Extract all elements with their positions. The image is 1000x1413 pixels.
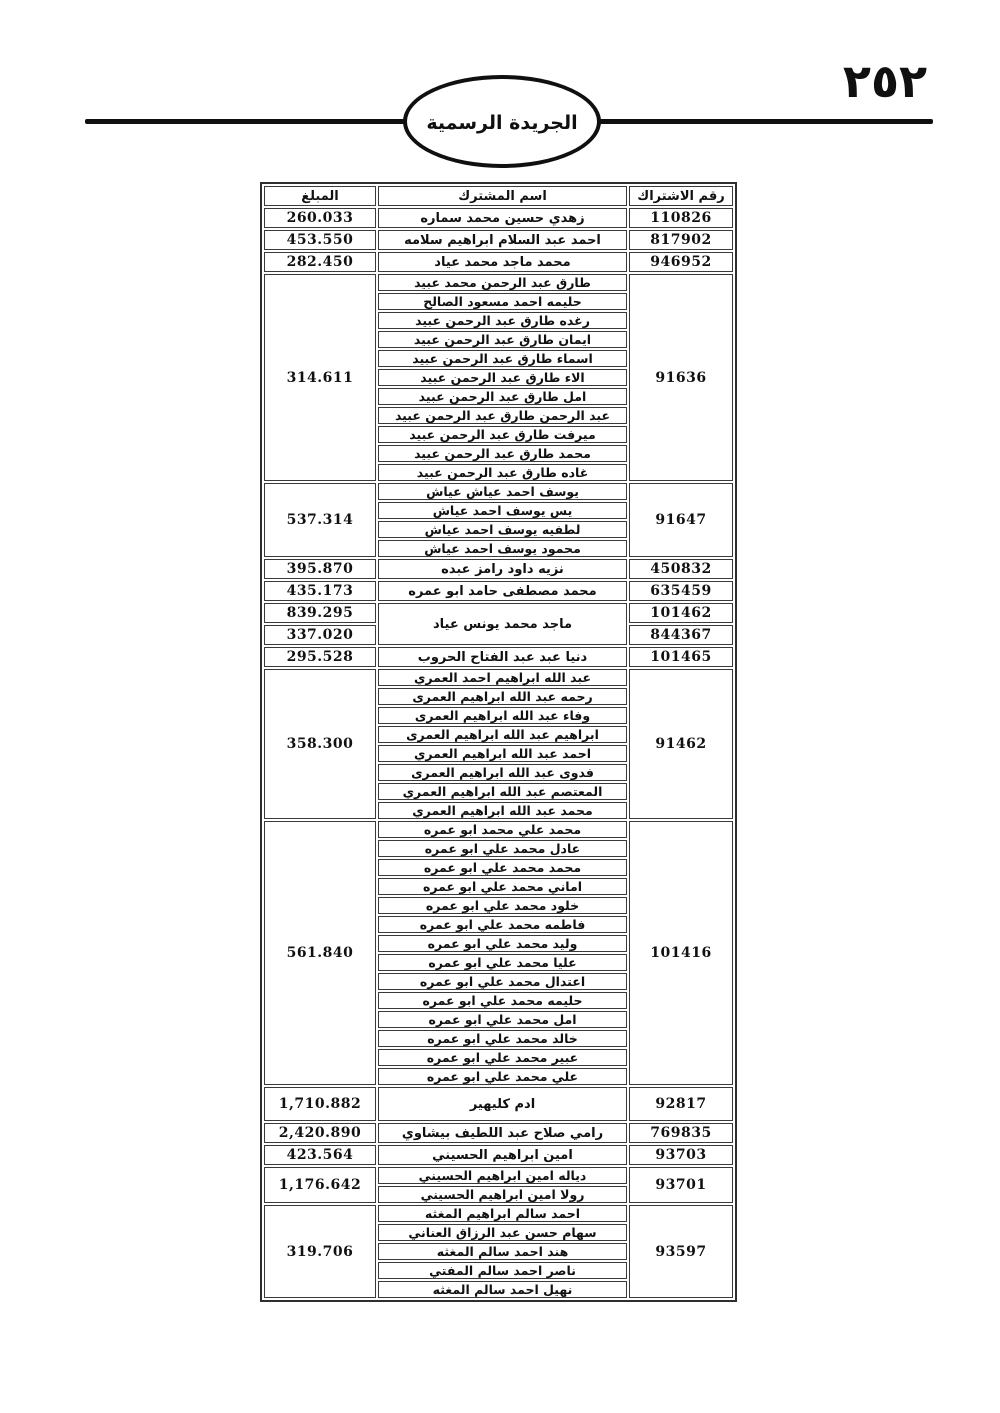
subscriber-name-cell: محمد محمد علي ابو عمره (378, 859, 627, 876)
subscriber-name-cell: لطفيه يوسف احمد عياش (378, 521, 627, 538)
subscriber-name-cell: غاده طارق عبد الرحمن عبيد (378, 464, 627, 481)
amount-cell: 358.300 (264, 669, 376, 819)
table-row: 817902احمد عبد السلام ابراهيم سلامه453.5… (264, 230, 733, 250)
header-subscriber-name: اسم المشترك (378, 186, 627, 206)
table-row: 92817ادم كليهير1,710.882 (264, 1087, 733, 1121)
subscription-number-cell: 93597 (629, 1205, 733, 1298)
subscriber-name-cell: عادل محمد علي ابو عمره (378, 840, 627, 857)
subscriber-name-cell: فدوى عبد الله ابراهيم العمرى (378, 764, 627, 781)
gazette-page: الجريدة الرسمية ٢٥٢ رقم الاشتراك اسم الم… (0, 0, 1000, 1413)
subscriber-name-cell: يس يوسف احمد عياش (378, 502, 627, 519)
subscriber-name-cell: خالد محمد علي ابو عمره (378, 1030, 627, 1047)
page-number: ٢٥٢ (830, 56, 940, 107)
subscriber-name-cell: ماجد محمد يونس عياد (378, 603, 627, 645)
subscription-number-cell: 101465 (629, 647, 733, 667)
amount-cell: 282.450 (264, 252, 376, 272)
subscriber-name-cell: ناصر احمد سالم المفتي (378, 1262, 627, 1279)
subscriber-name-cell: وفاء عبد الله ابراهيم العمرى (378, 707, 627, 724)
subscriber-name-cell: محمود يوسف احمد عياش (378, 540, 627, 557)
subscriber-name-cell: اعتدال محمد علي ابو عمره (378, 973, 627, 990)
subscriber-name-cell: اماني محمد علي ابو عمره (378, 878, 627, 895)
subscriber-name-cell: عبد الرحمن طارق عبد الرحمن عبيد (378, 407, 627, 424)
subscriber-name-cell: دياله امين ابراهيم الحسيني (378, 1167, 627, 1184)
table-row: 101462ماجد محمد يونس عياد839.295 (264, 603, 733, 623)
subscriber-name-cell: رولا امين ابراهيم الحسيني (378, 1186, 627, 1203)
subscriber-name-cell: ادم كليهير (378, 1087, 627, 1121)
amount-cell: 337.020 (264, 625, 376, 645)
amount-cell: 395.870 (264, 559, 376, 579)
subscriber-name-cell: وليد محمد علي ابو عمره (378, 935, 627, 952)
table-row: 635459محمد مصطفى حامد ابو عمره435.173 (264, 581, 733, 601)
amount-cell: 561.840 (264, 821, 376, 1085)
subscriber-name-cell: رغده طارق عبد الرحمن عبيد (378, 312, 627, 329)
subscriber-name-cell: محمد عبد الله ابراهيم العمري (378, 802, 627, 819)
subscriber-name-cell: احمد عبد الله ابراهيم العمري (378, 745, 627, 762)
subscription-number-cell: 101416 (629, 821, 733, 1085)
subscriber-name-cell: عليا محمد علي ابو عمره (378, 954, 627, 971)
table-row: 91647يوسف احمد عياش عياش537.314 (264, 483, 733, 500)
table-row: 93597احمد سالم ابراهيم المغثه319.706 (264, 1205, 733, 1222)
subscription-number-cell: 844367 (629, 625, 733, 645)
table-row: 769835رامي صلاح عبد اللطيف بيشاوي2,420.8… (264, 1123, 733, 1143)
subscriber-name-cell: هند احمد سالم المغثه (378, 1243, 627, 1260)
subscription-number-cell: 91636 (629, 274, 733, 481)
subscriber-name-cell: امل محمد علي ابو عمره (378, 1011, 627, 1028)
table-row: 93701دياله امين ابراهيم الحسيني1,176.642 (264, 1167, 733, 1184)
subscriber-name-cell: فاطمه محمد علي ابو عمره (378, 916, 627, 933)
amount-cell: 319.706 (264, 1205, 376, 1298)
subscription-number-cell: 91647 (629, 483, 733, 557)
subscriber-name-cell: ابراهيم عبد الله ابراهيم العمرى (378, 726, 627, 743)
subscribers-table-wrapper: رقم الاشتراك اسم المشترك المبلغ 110826زه… (260, 182, 737, 1302)
subscription-number-cell: 93701 (629, 1167, 733, 1203)
subscription-number-cell: 110826 (629, 208, 733, 228)
header-amount: المبلغ (264, 186, 376, 206)
subscriber-name-cell: احمد سالم ابراهيم المغثه (378, 1205, 627, 1222)
subscriber-name-cell: حليمه محمد علي ابو عمره (378, 992, 627, 1009)
subscriber-name-cell: امين ابراهيم الحسيني (378, 1145, 627, 1165)
amount-cell: 423.564 (264, 1145, 376, 1165)
subscriber-name-cell: سهام حسن عبد الرزاق العناني (378, 1224, 627, 1241)
subscriber-name-cell: احمد عبد السلام ابراهيم سلامه (378, 230, 627, 250)
subscriber-name-cell: طارق عبد الرحمن محمد عبيد (378, 274, 627, 291)
subscription-number-cell: 635459 (629, 581, 733, 601)
subscriber-name-cell: خلود محمد علي ابو عمره (378, 897, 627, 914)
amount-cell: 260.033 (264, 208, 376, 228)
subscriber-name-cell: الاء طارق عبد الرحمن عبيد (378, 369, 627, 386)
subscriber-name-cell: علي محمد علي ابو عمره (378, 1068, 627, 1085)
subscriber-name-cell: رحمه عبد الله ابراهيم العمرى (378, 688, 627, 705)
table-row: 110826زهدي حسين محمد سماره260.033 (264, 208, 733, 228)
subscriber-name-cell: اسماء طارق عبد الرحمن عبيد (378, 350, 627, 367)
subscription-number-cell: 769835 (629, 1123, 733, 1143)
subscriber-name-cell: رامي صلاح عبد اللطيف بيشاوي (378, 1123, 627, 1143)
amount-cell: 1,176.642 (264, 1167, 376, 1203)
table-row: 91636طارق عبد الرحمن محمد عبيد314.611 (264, 274, 733, 291)
subscriber-name-cell: نزيه داود رامز عبده (378, 559, 627, 579)
amount-cell: 453.550 (264, 230, 376, 250)
subscriber-name-cell: محمد مصطفى حامد ابو عمره (378, 581, 627, 601)
table-body: 110826زهدي حسين محمد سماره260.033817902ا… (264, 208, 733, 1298)
subscriber-name-cell: عبير محمد علي ابو عمره (378, 1049, 627, 1066)
subscriber-name-cell: دنيا عبد عبد الفتاح الحروب (378, 647, 627, 667)
subscriber-name-cell: محمد علي محمد ابو عمره (378, 821, 627, 838)
subscriber-name-cell: عبد الله ابراهيم احمد العمري (378, 669, 627, 686)
amount-cell: 839.295 (264, 603, 376, 623)
subscription-number-cell: 92817 (629, 1087, 733, 1121)
table-row: 93703امين ابراهيم الحسيني423.564 (264, 1145, 733, 1165)
subscription-number-cell: 817902 (629, 230, 733, 250)
table-row: 946952محمد ماجد محمد عياد282.450 (264, 252, 733, 272)
subscription-number-cell: 450832 (629, 559, 733, 579)
subscriber-name-cell: حليمه احمد مسعود الصالح (378, 293, 627, 310)
subscriber-name-cell: ايمان طارق عبد الرحمن عبيد (378, 331, 627, 348)
subscriber-name-cell: المعتصم عبد الله ابراهيم العمري (378, 783, 627, 800)
subscriber-name-cell: محمد ماجد محمد عياد (378, 252, 627, 272)
subscription-number-cell: 93703 (629, 1145, 733, 1165)
subscriber-name-cell: يوسف احمد عياش عياش (378, 483, 627, 500)
subscriber-name-cell: نهيل احمد سالم المغثه (378, 1281, 627, 1298)
table-row: 101465دنيا عبد عبد الفتاح الحروب295.528 (264, 647, 733, 667)
amount-cell: 2,420.890 (264, 1123, 376, 1143)
subscriber-name-cell: محمد طارق عبد الرحمن عبيد (378, 445, 627, 462)
subscriber-name-cell: زهدي حسين محمد سماره (378, 208, 627, 228)
header-subscription-number: رقم الاشتراك (629, 186, 733, 206)
subscriber-name-cell: ميرفت طارق عبد الرحمن عبيد (378, 426, 627, 443)
table-row: 91462عبد الله ابراهيم احمد العمري358.300 (264, 669, 733, 686)
masthead-ellipse: الجريدة الرسمية (403, 75, 601, 168)
amount-cell: 537.314 (264, 483, 376, 557)
subscription-number-cell: 946952 (629, 252, 733, 272)
amount-cell: 314.611 (264, 274, 376, 481)
subscription-number-cell: 101462 (629, 603, 733, 623)
subscriber-name-cell: امل طارق عبد الرحمن عبيد (378, 388, 627, 405)
amount-cell: 1,710.882 (264, 1087, 376, 1121)
amount-cell: 295.528 (264, 647, 376, 667)
masthead-title: الجريدة الرسمية (426, 110, 577, 134)
table-header-row: رقم الاشتراك اسم المشترك المبلغ (264, 186, 733, 206)
subscribers-table: رقم الاشتراك اسم المشترك المبلغ 110826زه… (260, 182, 737, 1302)
amount-cell: 435.173 (264, 581, 376, 601)
table-row: 101416محمد علي محمد ابو عمره561.840 (264, 821, 733, 838)
table-row: 450832نزيه داود رامز عبده395.870 (264, 559, 733, 579)
subscription-number-cell: 91462 (629, 669, 733, 819)
